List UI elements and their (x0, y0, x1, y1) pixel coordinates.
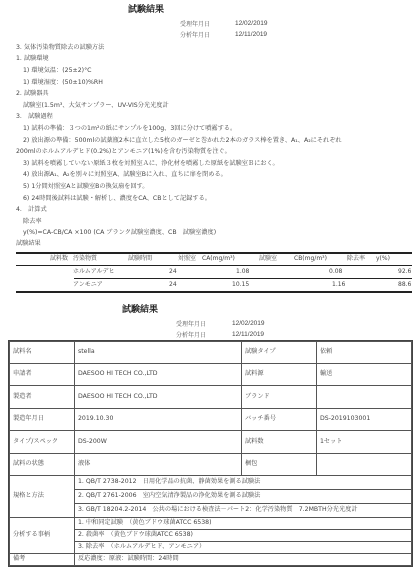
test-type-label: 試験タイプ (242, 342, 317, 364)
header-ca: CA(mg/m³) (202, 256, 235, 262)
sample-name-value: stella (75, 342, 242, 364)
standards-label: 規格と方法 (10, 476, 75, 518)
analysis-item: 1. 中和同定試験 （黄色ブドウ球菌ATCC 6538) (75, 518, 412, 530)
analysis-item: 3. 除去率 （ホルムアルデヒド、アンモニア） (75, 542, 412, 554)
process-step-2: 2) 放出源の準備：500mlの試薬瓶2本に直立した5枚のガーゼと巻かれた2本の… (23, 138, 342, 144)
applicant-value: DAESOO HI TECH CO.,LTD (75, 364, 242, 386)
packaging-value (317, 454, 412, 476)
sample-count-label: 試料数 (242, 431, 317, 454)
analysis-date-value: 12/11/2019 (235, 32, 267, 39)
process-step-4: 4) 放出源A₁、A₂を別々に対照室A、試験室Bに入れ、直ちに扉を閉める。 (23, 172, 227, 178)
env-temperature: 1) 環境気温：(25±2)°C (23, 68, 92, 74)
header-sample-count: 試料数 (50, 256, 68, 262)
page1-title: 試験結果 (128, 6, 164, 15)
header-removal-rate: 除去率 (347, 256, 365, 262)
analysis-item: 2. 殺菌率 （黄色ブドウ球菌ATCC 6538) (75, 530, 412, 542)
sample-info-table: 試料名 stella 試験タイプ 依頼 申請者 DAESOO HI TECH C… (8, 340, 413, 567)
analysis-items-label: 分析する事柄 (10, 518, 75, 554)
cb-cell: 0.08 (329, 269, 342, 275)
time-cell: 24 (169, 282, 177, 288)
header-control-room: 対照室 (178, 256, 196, 262)
header-test-room: 試験室 (259, 256, 277, 262)
removal-rate-label: 除去率 (23, 219, 42, 225)
manufacturer-value: DAESOO HI TECH CO.,LTD (75, 386, 242, 409)
ca-cell: 1.08 (236, 269, 249, 275)
received-date-label: 受理年月日 (176, 322, 206, 328)
brand-value (317, 386, 412, 409)
time-cell: 24 (169, 269, 177, 275)
header-test-time: 試験時間 (128, 256, 152, 262)
batch-number-value: DS-2019103001 (317, 409, 412, 431)
heading-formula: 4. 計算式 (16, 207, 47, 213)
header-pollutant: 汚染物質 (73, 256, 97, 262)
heading-process: 3. 試験過程 (16, 114, 53, 120)
applicant-label: 申請者 (10, 364, 75, 386)
received-date-value: 12/02/2019 (232, 321, 265, 328)
y-cell: 88.6 (398, 282, 411, 288)
heading-environment: 1. 試験環境 (16, 56, 49, 62)
env-humidity: 1) 環境湿度：(50±10)%RH (23, 80, 103, 86)
sample-name-label: 試料名 (10, 342, 75, 364)
section-heading-method: 3. 気体汚染物質除去の試験方法 (16, 45, 104, 51)
analysis-date-label: 分析年月日 (180, 33, 210, 39)
manufacturer-label: 製造者 (10, 386, 75, 409)
mfg-date-label: 製造年月日 (10, 409, 75, 431)
sample-state-value: 液体 (75, 454, 242, 476)
received-date-label: 受理年月日 (180, 22, 210, 28)
y-cell: 92.6 (398, 269, 411, 275)
process-step-2-cont: 200mlのホルムアルデヒド(0.2%)とアンモニア(1%)を含む汚染物質を注ぐ… (16, 149, 231, 155)
sample-state-label: 試料の状態 (10, 454, 75, 476)
header-y-percent: y(%) (376, 256, 390, 262)
batch-number-label: バッチ番号 (242, 409, 317, 431)
results-caption: 試験結果 (16, 241, 41, 247)
remarks-label: 備考 (10, 554, 75, 566)
process-step-5: 5) 1分間対照室Aと試験室Bの換気扇を回す。 (23, 184, 148, 190)
process-step-3: 3) 試料を噴霧していない原紙３枚を対照室Ａに、浄化材を噴霧した原紙を試験室Ｂに… (23, 161, 279, 167)
header-rule (16, 265, 412, 266)
analysis-date-value: 12/11/2019 (232, 332, 264, 339)
test-type-value: 依頼 (317, 342, 412, 364)
sample-count-value: 1セット (317, 431, 412, 454)
packaging-label: 梱包 (242, 454, 317, 476)
process-step-1: 1) 試料の準備：３つの1m²の紙にサンプルを100g、3回に分けて噴霧する。 (23, 126, 236, 132)
brand-label: ブランド (242, 386, 317, 409)
table-top-rule (16, 252, 412, 254)
mfg-date-value: 2019.10.30 (75, 409, 242, 431)
type-spec-label: タイプ/スペック (10, 431, 75, 454)
heading-equipment: 2. 試験器具 (16, 91, 49, 97)
table-bottom-rule (16, 291, 412, 293)
page2-title: 試験結果 (122, 306, 158, 315)
removal-rate-formula: y(%)=CA-CB/CA ×100 (CA ブランク試験室濃度、CB 試験室濃… (23, 230, 216, 236)
standard-item: 3. GB/T 18204.2-2014 公共の場における検査法－パート2：化学… (75, 504, 412, 518)
remarks-value: 反応濃度：原液：試験時間：24時間 (75, 554, 412, 566)
pollutant-cell: ホルムアルデヒ (73, 269, 115, 275)
row-rule (74, 278, 412, 279)
analysis-date-label: 分析年月日 (176, 333, 206, 339)
pollutant-cell: アンモニア (73, 282, 103, 288)
standard-item: 1. QB/T 2738-2012 日用化学品の抗菌、静菌効果を測る試験法 (75, 476, 412, 490)
cb-cell: 1.16 (332, 282, 345, 288)
sample-source-value: 輸送 (317, 364, 412, 386)
header-cb: CB(mg/m³) (294, 256, 327, 262)
type-spec-value: DS-200W (75, 431, 242, 454)
received-date-value: 12/02/2019 (235, 21, 268, 28)
ca-cell: 10.15 (232, 282, 249, 288)
process-step-6: 6) 24時間後試料は試験・解析し、濃度をCA、CBとして記録する。 (23, 196, 211, 202)
equipment-list: 試験室(1.5m³、大気サンプラー、UV-VIS分光光度計 (23, 103, 169, 109)
sample-source-label: 試料源 (242, 364, 317, 386)
standard-item: 2. QB/T 2761-2006 室内空気清浄製品の浄化効果を測る試験法 (75, 490, 412, 504)
